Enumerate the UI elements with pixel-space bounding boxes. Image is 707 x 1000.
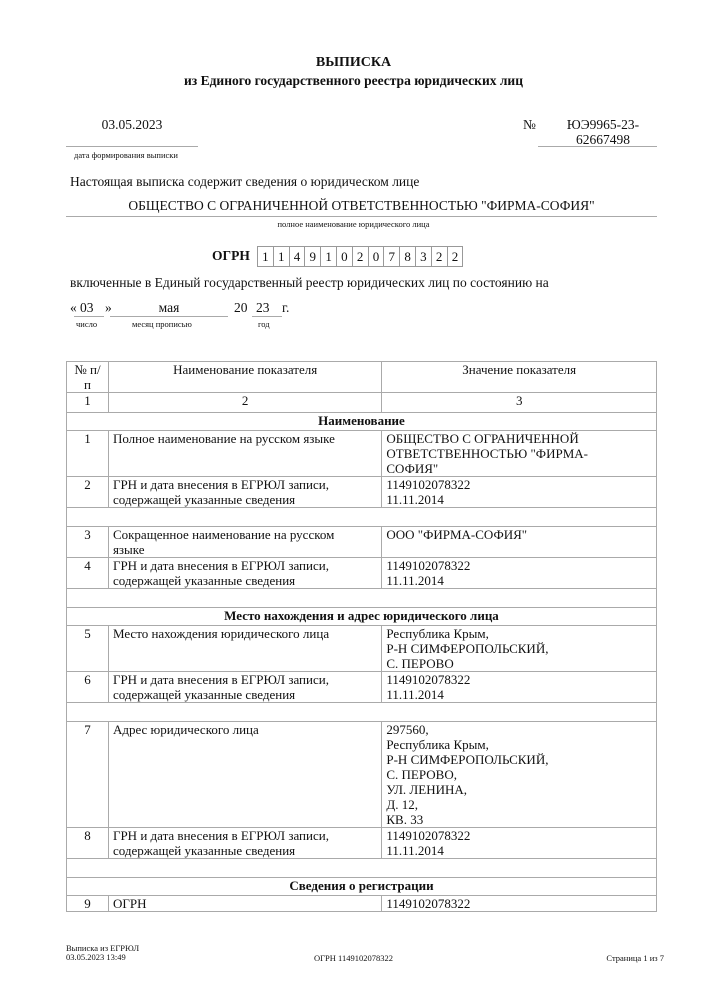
row-number: 4 xyxy=(67,558,109,589)
state-date-month: мая xyxy=(110,300,228,316)
intro-text: Настоящая выписка содержит сведения о юр… xyxy=(70,174,419,190)
month-underline xyxy=(110,316,228,317)
indicator-name: ГРН и дата внесения в ЕГРЮЛ записи, соде… xyxy=(108,477,381,508)
ogrn-digit: 2 xyxy=(353,246,369,267)
section-header-row: Место нахождения и адрес юридического ли… xyxy=(67,608,657,626)
indicator-name: Место нахождения юридического лица xyxy=(108,626,381,672)
table-row: 4ГРН и дата внесения в ЕГРЮЛ записи, сод… xyxy=(67,558,657,589)
indicator-name: Адрес юридического лица xyxy=(108,722,381,828)
indicator-value: 1149102078322 11.11.2014 xyxy=(382,828,657,859)
row-number: 9 xyxy=(67,896,109,912)
company-full-name-caption: полное наименование юридического лица xyxy=(0,219,707,229)
indicator-name: ГРН и дата внесения в ЕГРЮЛ записи, соде… xyxy=(108,828,381,859)
column-number-3: 3 xyxy=(382,393,657,413)
indicator-name: ГРН и дата внесения в ЕГРЮЛ записи, соде… xyxy=(108,558,381,589)
section-title: Сведения о регистрации xyxy=(67,878,657,896)
spacer-cell xyxy=(67,589,657,608)
indicator-value: 1149102078322 11.11.2014 xyxy=(382,558,657,589)
spacer-cell xyxy=(67,859,657,878)
section-title: Наименование xyxy=(67,413,657,431)
ogrn-digit-boxes: 1149102078322 xyxy=(257,246,463,267)
column-number-1: 1 xyxy=(67,393,109,413)
indicator-value: ОБЩЕСТВО С ОГРАНИЧЕННОЙ ОТВЕТСТВЕННОСТЬЮ… xyxy=(382,431,657,477)
spacer-row xyxy=(67,589,657,608)
indicator-name: ГРН и дата внесения в ЕГРЮЛ записи, соде… xyxy=(108,672,381,703)
egrul-table: № п/п Наименование показателя Значение п… xyxy=(66,361,657,912)
included-text: включенные в Единый государственный реес… xyxy=(70,275,549,291)
ogrn-digit: 1 xyxy=(274,246,290,267)
row-number: 3 xyxy=(67,527,109,558)
extract-number: ЮЭ9965-23- 62667498 xyxy=(548,117,658,147)
year-underline xyxy=(252,316,282,317)
spacer-cell xyxy=(67,703,657,722)
section-title: Место нахождения и адрес юридического ли… xyxy=(67,608,657,626)
extract-number-underline xyxy=(538,146,657,147)
ogrn-digit: 3 xyxy=(416,246,432,267)
table-row: 3Сокращенное наименование на русском язы… xyxy=(67,527,657,558)
spacer-row xyxy=(67,703,657,722)
document-title: ВЫПИСКА xyxy=(0,55,707,71)
spacer-row xyxy=(67,508,657,527)
indicator-value: 1149102078322 11.11.2014 xyxy=(382,672,657,703)
header-indicator-name: Наименование показателя xyxy=(108,362,381,393)
month-caption: месяц прописью xyxy=(132,319,192,329)
section-header-row: Наименование xyxy=(67,413,657,431)
ogrn-digit: 1 xyxy=(258,246,274,267)
state-date-century: 20 xyxy=(234,300,248,316)
row-number: 5 xyxy=(67,626,109,672)
indicator-name: ОГРН xyxy=(108,896,381,912)
ogrn-digit: 9 xyxy=(305,246,321,267)
table-header-row: № п/п Наименование показателя Значение п… xyxy=(67,362,657,393)
row-number: 8 xyxy=(67,828,109,859)
table-row: 9ОГРН1149102078322 xyxy=(67,896,657,912)
company-full-name-underline xyxy=(66,216,657,217)
column-number-2: 2 xyxy=(108,393,381,413)
table-row: 5Место нахождения юридического лицаРеспу… xyxy=(67,626,657,672)
ogrn-label: ОГРН xyxy=(212,248,250,264)
table-row: 1Полное наименование на русском языкеОБЩ… xyxy=(67,431,657,477)
ogrn-digit: 2 xyxy=(448,246,464,267)
ogrn-digit: 2 xyxy=(432,246,448,267)
indicator-name: Полное наименование на русском языке xyxy=(108,431,381,477)
table-row: 7Адрес юридического лица297560, Республи… xyxy=(67,722,657,828)
indicator-value: Республика Крым, Р-Н СИМФЕРОПОЛЬСКИЙ, С.… xyxy=(382,626,657,672)
row-number: 1 xyxy=(67,431,109,477)
year-caption: год xyxy=(258,319,270,329)
spacer-cell xyxy=(67,508,657,527)
company-full-name: ОБЩЕСТВО С ОГРАНИЧЕННОЙ ОТВЕТСТВЕННОСТЬЮ… xyxy=(66,198,657,214)
ogrn-digit: 0 xyxy=(369,246,385,267)
state-date-day: 03 xyxy=(80,300,94,316)
day-underline xyxy=(74,316,104,317)
table-row: 6ГРН и дата внесения в ЕГРЮЛ записи, сод… xyxy=(67,672,657,703)
header-indicator-value: Значение показателя xyxy=(382,362,657,393)
footer-ogrn: ОГРН 1149102078322 xyxy=(0,953,707,963)
ogrn-digit: 1 xyxy=(321,246,337,267)
formation-date-underline xyxy=(66,146,198,147)
footer-page-number: Страница 1 из 7 xyxy=(606,953,664,963)
formation-date: 03.05.2023 xyxy=(66,117,198,133)
row-number: 2 xyxy=(67,477,109,508)
state-date-year: 23 xyxy=(256,300,270,316)
number-sign: № xyxy=(523,117,536,133)
state-date-year-suffix: г. xyxy=(282,300,289,316)
ogrn-digit: 8 xyxy=(400,246,416,267)
header-number: № п/п xyxy=(67,362,109,393)
indicator-name: Сокращенное наименование на русском язык… xyxy=(108,527,381,558)
indicator-value: 1149102078322 xyxy=(382,896,657,912)
indicator-value: 1149102078322 11.11.2014 xyxy=(382,477,657,508)
date-open-quote: « xyxy=(70,300,77,316)
ogrn-digit: 7 xyxy=(384,246,400,267)
indicator-value: ООО "ФИРМА-СОФИЯ" xyxy=(382,527,657,558)
ogrn-digit: 0 xyxy=(337,246,353,267)
row-number: 7 xyxy=(67,722,109,828)
formation-date-caption: дата формирования выписки xyxy=(74,150,178,160)
day-caption: число xyxy=(76,319,97,329)
section-header-row: Сведения о регистрации xyxy=(67,878,657,896)
table-column-numbers-row: 1 2 3 xyxy=(67,393,657,413)
table-row: 2ГРН и дата внесения в ЕГРЮЛ записи, сод… xyxy=(67,477,657,508)
table-row: 8ГРН и дата внесения в ЕГРЮЛ записи, сод… xyxy=(67,828,657,859)
ogrn-digit: 4 xyxy=(290,246,306,267)
document-subtitle: из Единого государственного реестра юрид… xyxy=(0,73,707,89)
row-number: 6 xyxy=(67,672,109,703)
spacer-row xyxy=(67,859,657,878)
indicator-value: 297560, Республика Крым, Р-Н СИМФЕРОПОЛЬ… xyxy=(382,722,657,828)
